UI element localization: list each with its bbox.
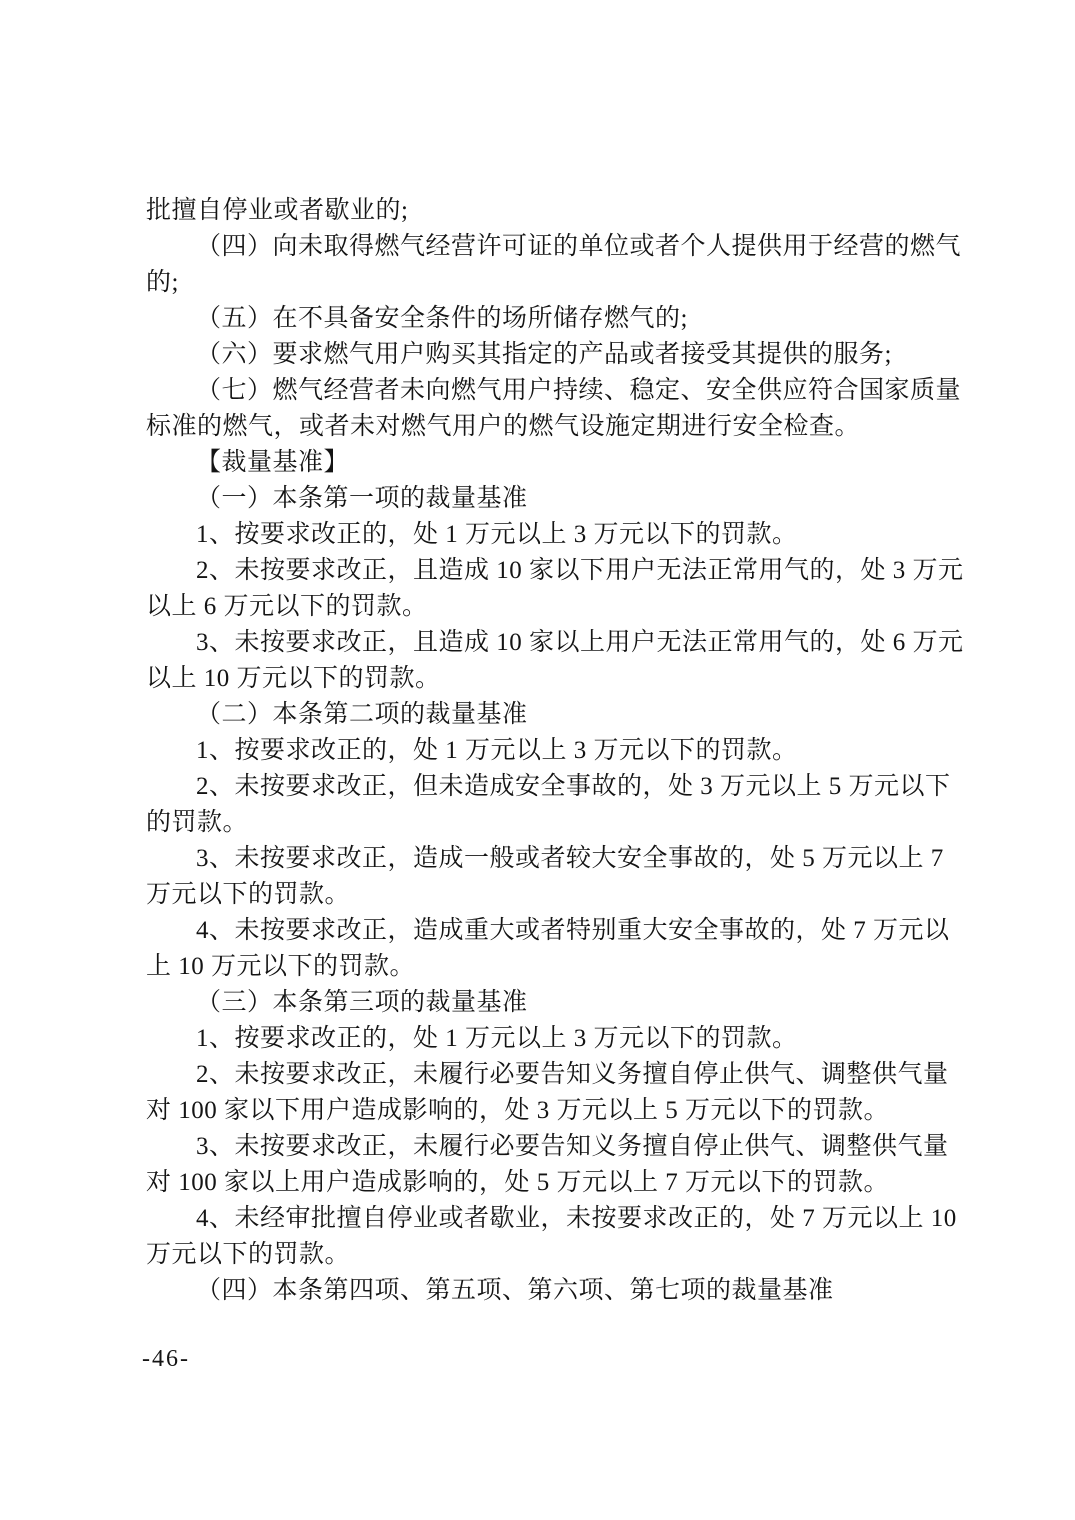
text-line: （五）在不具备安全条件的场所储存燃气的; <box>146 301 951 337</box>
text-line: 的罚款。 <box>146 805 951 841</box>
text-line: 万元以下的罚款。 <box>146 1237 951 1273</box>
text-line: 4、未经审批擅自停业或者歇业，未按要求改正的，处 7 万元以上 10 <box>146 1201 951 1237</box>
text-line: 3、未按要求改正，造成一般或者较大安全事故的，处 5 万元以上 7 <box>146 841 951 877</box>
text-line: 上 10 万元以下的罚款。 <box>146 949 951 985</box>
text-line: （一）本条第一项的裁量基准 <box>146 481 951 517</box>
text-line: （四）向未取得燃气经营许可证的单位或者个人提供用于经营的燃气 <box>146 229 951 265</box>
text-line: （七）燃气经营者未向燃气用户持续、稳定、安全供应符合国家质量 <box>146 373 951 409</box>
text-line: （三）本条第三项的裁量基准 <box>146 985 951 1021</box>
text-line: 3、未按要求改正，未履行必要告知义务擅自停止供气、调整供气量 <box>146 1129 951 1165</box>
text-line: 以上 10 万元以下的罚款。 <box>146 661 951 697</box>
text-line: 2、未按要求改正，但未造成安全事故的，处 3 万元以上 5 万元以下 <box>146 769 951 805</box>
text-line: （四）本条第四项、第五项、第六项、第七项的裁量基准 <box>146 1273 951 1309</box>
text-line: 的; <box>146 265 951 301</box>
text-line: 1、按要求改正的，处 1 万元以上 3 万元以下的罚款。 <box>146 733 951 769</box>
text-line: 1、按要求改正的，处 1 万元以上 3 万元以下的罚款。 <box>146 517 951 553</box>
page-number: -46- <box>142 1346 190 1373</box>
text-line: （六）要求燃气用户购买其指定的产品或者接受其提供的服务; <box>146 337 951 373</box>
text-line: 标准的燃气，或者未对燃气用户的燃气设施定期进行安全检查。 <box>146 409 951 445</box>
text-line: （二）本条第二项的裁量基准 <box>146 697 951 733</box>
document-page: 批擅自停业或者歇业的;（四）向未取得燃气经营许可证的单位或者个人提供用于经营的燃… <box>0 0 1075 1520</box>
text-line: 【裁量基准】 <box>146 445 951 481</box>
text-line: 2、未按要求改正，且造成 10 家以下用户无法正常用气的，处 3 万元 <box>146 553 951 589</box>
text-line: 1、按要求改正的，处 1 万元以上 3 万元以下的罚款。 <box>146 1021 951 1057</box>
text-line: 对 100 家以下用户造成影响的，处 3 万元以上 5 万元以下的罚款。 <box>146 1093 951 1129</box>
document-body: 批擅自停业或者歇业的;（四）向未取得燃气经营许可证的单位或者个人提供用于经营的燃… <box>146 193 951 1309</box>
text-line: 万元以下的罚款。 <box>146 877 951 913</box>
text-line: 4、未按要求改正，造成重大或者特别重大安全事故的，处 7 万元以 <box>146 913 951 949</box>
text-line: 对 100 家以上用户造成影响的，处 5 万元以上 7 万元以下的罚款。 <box>146 1165 951 1201</box>
text-line: 以上 6 万元以下的罚款。 <box>146 589 951 625</box>
text-line: 批擅自停业或者歇业的; <box>146 193 951 229</box>
text-line: 2、未按要求改正，未履行必要告知义务擅自停止供气、调整供气量 <box>146 1057 951 1093</box>
text-line: 3、未按要求改正，且造成 10 家以上用户无法正常用气的，处 6 万元 <box>146 625 951 661</box>
